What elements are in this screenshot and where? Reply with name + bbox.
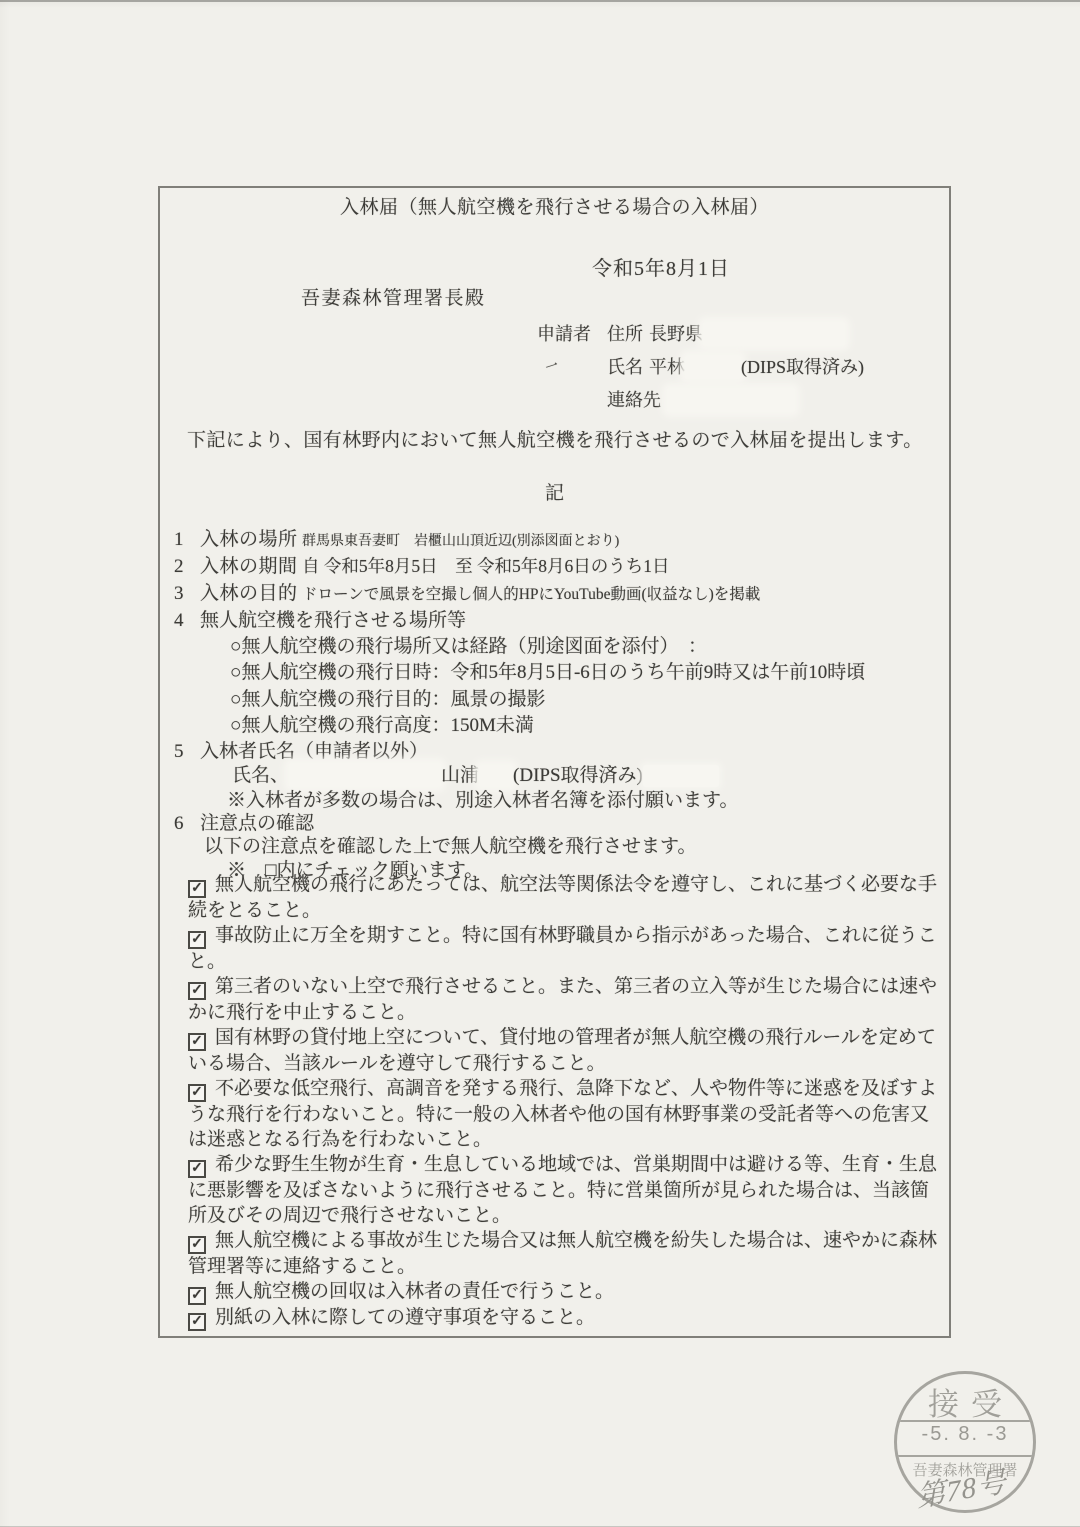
check-item: ✓無人航空機の回収は入林者の責任で行うこと。 [188, 1279, 938, 1305]
flight-detail-route: ○無人航空機の飛行場所又は経路（別途図面を添付） ： [230, 631, 707, 658]
item-label: 入林の目的 [200, 578, 302, 605]
applicant-address-row: 申請者 住所長野県 [537, 320, 864, 353]
scan-edge-artifact [0, 0, 1080, 2]
item-label: 入林の場所 [200, 524, 302, 551]
precautions-checklist: ✓無人航空機の飛行にあたっては、航空法等関係法令を遵守し、これに基づく必要な手続… [188, 872, 938, 1331]
checkbox-checked-icon: ✓ [188, 1313, 206, 1331]
check-item: ✓希少な野生生物が生育・生息している地域では、営巣期間中は避ける等、生育・生息に… [188, 1152, 938, 1228]
check-item: ✓不必要な低空飛行、高調音を発する飛行、急降下など、人や物件等に迷惑を及ぼすよう… [188, 1076, 938, 1152]
form-title: 入林届（無人航空機を飛行させる場合の入林届） [160, 192, 949, 219]
item-number: 6 [174, 813, 200, 835]
flight-detail-altitude: ○無人航空機の飛行高度：150M未満 [230, 710, 534, 737]
stamp-top-label: 接受 [897, 1379, 1033, 1424]
check-item-text: 不必要な低空飛行、高調音を発する飛行、急降下など、人や物件等に迷惑を及ぼすような… [188, 1078, 937, 1150]
list-row-purpose: 3入林の目的ドローンで風景を空撮し個人的HPにYouTube動画(収益なし)を掲… [174, 578, 760, 605]
check-item-text: 第三者のいない上空で飛行させること。また、第三者の立入等が生じた場合には速やかに… [188, 976, 937, 1023]
checkbox-checked-icon: ✓ [188, 1160, 206, 1178]
intro-paragraph: 下記により、国有林野内において無人航空機を飛行させるので入林届を提出します。 [187, 425, 923, 452]
entrant-name-value: 山浦 [441, 765, 479, 786]
item-value: ドローンで風景を空撮し個人的HPにYouTube動画(収益なし)を掲載 [302, 586, 760, 603]
check-item: ✓国有林野の貸付地上空について、貸付地の管理者が無人航空機の飛行ルールを定めてい… [188, 1025, 938, 1076]
checkbox-checked-icon: ✓ [188, 1236, 206, 1254]
check-item: ✓無人航空機による事故が生じた場合又は無人航空機を紛失した場合は、速やかに森林管… [188, 1228, 938, 1279]
redaction-blur [289, 763, 441, 787]
issue-date: 令和5年8月1日 [592, 252, 730, 281]
list-row-entrants: 5入林者氏名（申請者以外） [174, 736, 428, 763]
receipt-stamp: 接受 -5. 8. -3 吾妻森林管理署 第78号 [894, 1371, 1040, 1521]
entrant-dips-note: (DIPS取得済み) [513, 765, 643, 786]
item-value: 自 令和5年8月5日 至 令和5年8月6日のうち1日 [302, 556, 670, 576]
redaction-blur [685, 355, 741, 379]
check-item-text: 無人航空機の飛行にあたっては、航空法等関係法令を遵守し、これに基づく必要な手続を… [188, 874, 937, 921]
item-number: 3 [174, 583, 200, 605]
stamp-divider [894, 1455, 1036, 1457]
checkbox-checked-icon: ✓ [188, 1287, 206, 1305]
checkbox-checked-icon: ✓ [188, 1033, 206, 1051]
checkbox-checked-icon: ✓ [188, 982, 206, 1000]
stamp-divider [894, 1420, 1036, 1422]
entrant-name-prefix: 氏名、 [232, 765, 289, 786]
check-item: ✓第三者のいない上空で飛行させること。また、第三者の立入等が生じた場合には速やか… [188, 974, 938, 1025]
item-number: 4 [174, 610, 200, 632]
flight-detail-datetime: ○無人航空機の飛行日時：令和5年8月5日-6日のうち午前9時又は午前10時頃 [230, 657, 865, 684]
check-item-text: 無人航空機の回収は入林者の責任で行うこと。 [215, 1281, 614, 1302]
dips-note: (DIPS取得済み) [741, 357, 864, 377]
checkbox-checked-icon: ✓ [188, 880, 206, 898]
flight-detail-purpose: ○無人航空機の飛行目的：風景の撮影 [230, 684, 545, 711]
address-value: 長野県 [649, 324, 703, 344]
contact-label: 連絡先 [607, 390, 661, 410]
stamp-date: -5. 8. -3 [897, 1423, 1033, 1446]
applicant-tick: 一 [542, 352, 563, 383]
item-value: 群馬県東吾妻町 岩櫃山山頂近辺(別添図面とおり) [302, 534, 619, 549]
list-row-uav-places: 4無人航空機を飛行させる場所等 [174, 605, 466, 632]
redaction-blur [667, 388, 795, 412]
check-item: ✓事故防止に万全を期すこと。特に国有林野職員から指示があった場合、これに従うこと… [188, 923, 938, 974]
redaction-blur [643, 765, 719, 787]
item-number: 1 [174, 529, 200, 551]
check-item: ✓無人航空機の飛行にあたっては、航空法等関係法令を遵守し、これに基づく必要な手続… [188, 872, 938, 923]
name-value: 平林 [649, 357, 685, 377]
check-item-text: 事故防止に万全を期すこと。特に国有林野職員から指示があった場合、これに従うこと。 [188, 925, 937, 972]
precautions-intro: 以下の注意点を確認した上で無人航空機を飛行させます。 [204, 831, 696, 858]
check-item-text: 希少な野生生物が生育・生息している地域では、営巣期間中は避ける等、生育・生息に悪… [188, 1154, 937, 1226]
form-border-box: 入林届（無人航空機を飛行させる場合の入林届） 令和5年8月1日 吾妻森林管理署長… [158, 186, 951, 1338]
list-row-place: 1入林の場所群馬県東吾妻町 岩櫃山山頂近辺(別添図面とおり) [174, 524, 619, 551]
item-label: 入林の期間 [200, 551, 302, 578]
addressee: 吾妻森林管理署長殿 [301, 283, 486, 310]
check-item-text: 国有林野の貸付地上空について、貸付地の管理者が無人航空機の飛行ルールを定めている… [188, 1027, 936, 1074]
check-item-text: 別紙の入林に際しての遵守事項を守ること。 [215, 1307, 595, 1328]
item-number: 2 [174, 556, 200, 578]
address-label: 住所 [607, 324, 643, 344]
redaction-blur [479, 765, 513, 787]
check-item: ✓別紙の入林に際しての遵守事項を守ること。 [188, 1305, 938, 1331]
record-heading: 記 [160, 478, 949, 505]
applicant-name-row: 一 氏名平林(DIPS取得済み) [537, 353, 864, 386]
applicant-label: 申請者 [537, 320, 607, 353]
applicant-contact-row: 連絡先 [537, 386, 864, 419]
entrant-name-line: 氏名、山浦(DIPS取得済み) [232, 760, 719, 787]
scanned-page: 入林届（無人航空機を飛行させる場合の入林届） 令和5年8月1日 吾妻森林管理署長… [0, 0, 1080, 1527]
item-number: 5 [174, 741, 200, 763]
applicant-block: 申請者 住所長野県 一 氏名平林(DIPS取得済み) 連絡先 [537, 320, 864, 419]
checkbox-checked-icon: ✓ [188, 931, 206, 949]
check-item-text: 無人航空機による事故が生じた場合又は無人航空機を紛失した場合は、速やかに森林管理… [188, 1230, 937, 1277]
item-label: 無人航空機を飛行させる場所等 [200, 610, 466, 631]
list-row-period: 2入林の期間自 令和5年8月5日 至 令和5年8月6日のうち1日 [174, 551, 670, 578]
checkbox-checked-icon: ✓ [188, 1084, 206, 1102]
redaction-blur [703, 322, 845, 346]
item-label: 入林者氏名（申請者以外） [200, 741, 428, 762]
name-label: 氏名 [607, 357, 643, 377]
